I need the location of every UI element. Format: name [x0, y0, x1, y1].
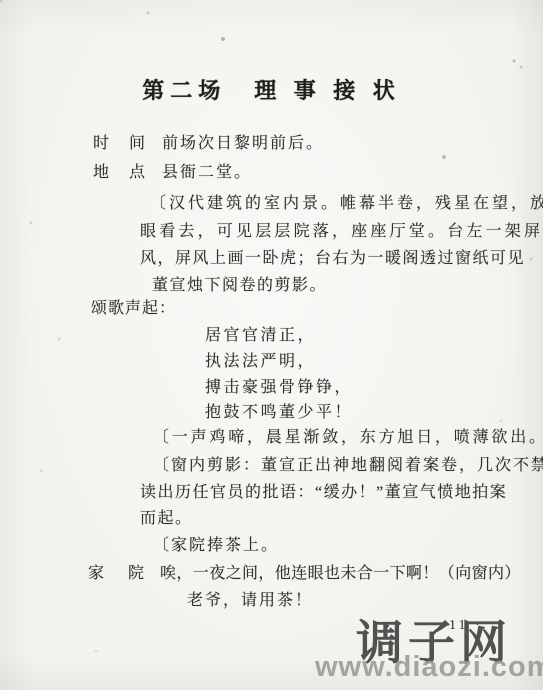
scan-speck-field [0, 0, 2, 2]
place-value: 县衙二堂。 [162, 165, 252, 181]
song-intro: 颂歌声起： [91, 301, 176, 317]
stage-direction-line: 〔一声鸡啼，晨星渐敛，东方旭日，喷薄欲出。 [153, 430, 543, 446]
stage-direction-line: 风，屏风上画一卧虎；台右为一暖阁透过窗纸可见 [140, 251, 525, 267]
dialog-line: 老爷，请用茶！ [187, 593, 313, 609]
stage-direction-line: 〔窗内剪影：董宣正出神地翻阅着案卷，几次不禁 [153, 458, 543, 474]
time-label: 时 间 [93, 136, 147, 152]
dialog-line: 唉，一夜之间，他连眼也未合一下啊！（向窗内） [160, 566, 521, 582]
stage-direction-line: 〔汉代建筑的室内景。帷幕半卷，残星在望，放 [150, 196, 543, 212]
scene-title: 第二场 理 事 接 状 [0, 74, 543, 105]
song-line: 搏击豪强骨铮铮， [205, 380, 353, 396]
stage-direction-line: 董宣烛下阅卷的剪影。 [152, 278, 327, 294]
song-line: 抱鼓不鸣董少平！ [205, 405, 353, 421]
watermark-site-url: www.diaozi.com [315, 651, 543, 684]
place-label: 地 点 [93, 165, 147, 181]
scanned-script-page: 第二场 理 事 接 状 时 间 前场次日黎明前后。 地 点 县衙二堂。 〔汉代建… [0, 0, 543, 690]
stage-direction-line: 〔家院捧茶上。 [153, 538, 279, 554]
song-line: 执法法严明， [205, 354, 316, 370]
stage-direction-line: 而起。 [140, 511, 193, 527]
time-value: 前场次日黎明前后。 [162, 136, 324, 152]
stage-direction-line: 读出历任官员的批语：“缓办！”董宣气愤地拍案 [140, 485, 507, 501]
stage-direction-line: 眼看去，可见层层院落，座座厅堂。台左一架屏 [140, 224, 543, 240]
song-line: 居官官清正， [205, 328, 316, 344]
dialog-speaker: 家 院 [88, 566, 148, 582]
